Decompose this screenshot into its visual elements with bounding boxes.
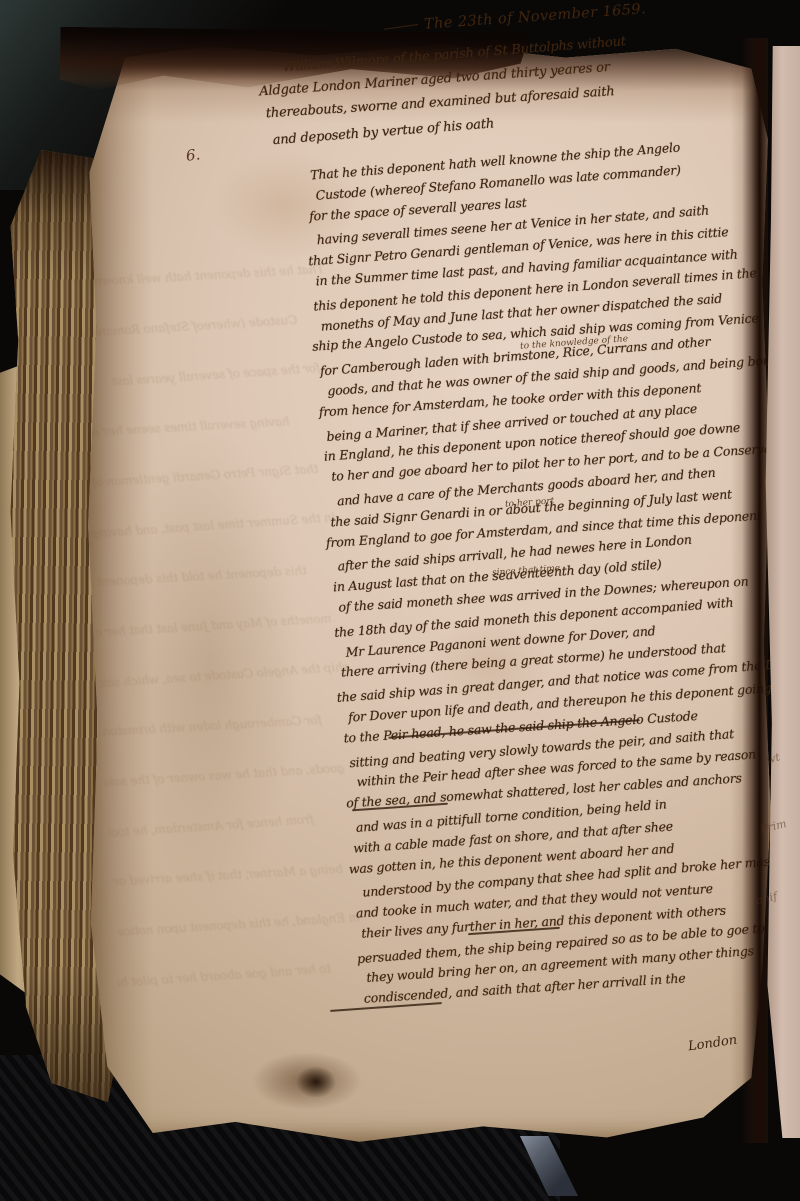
manuscript-photo: That he this deponent hath well knowne t… [0,0,800,1201]
margin-folio-number: 6. [185,145,201,164]
date-heading-text: The 23th of November 1659. [424,1,647,32]
pen-flourish [384,23,418,29]
ink-blot [296,1066,336,1098]
gutter-shadow [742,38,768,1143]
